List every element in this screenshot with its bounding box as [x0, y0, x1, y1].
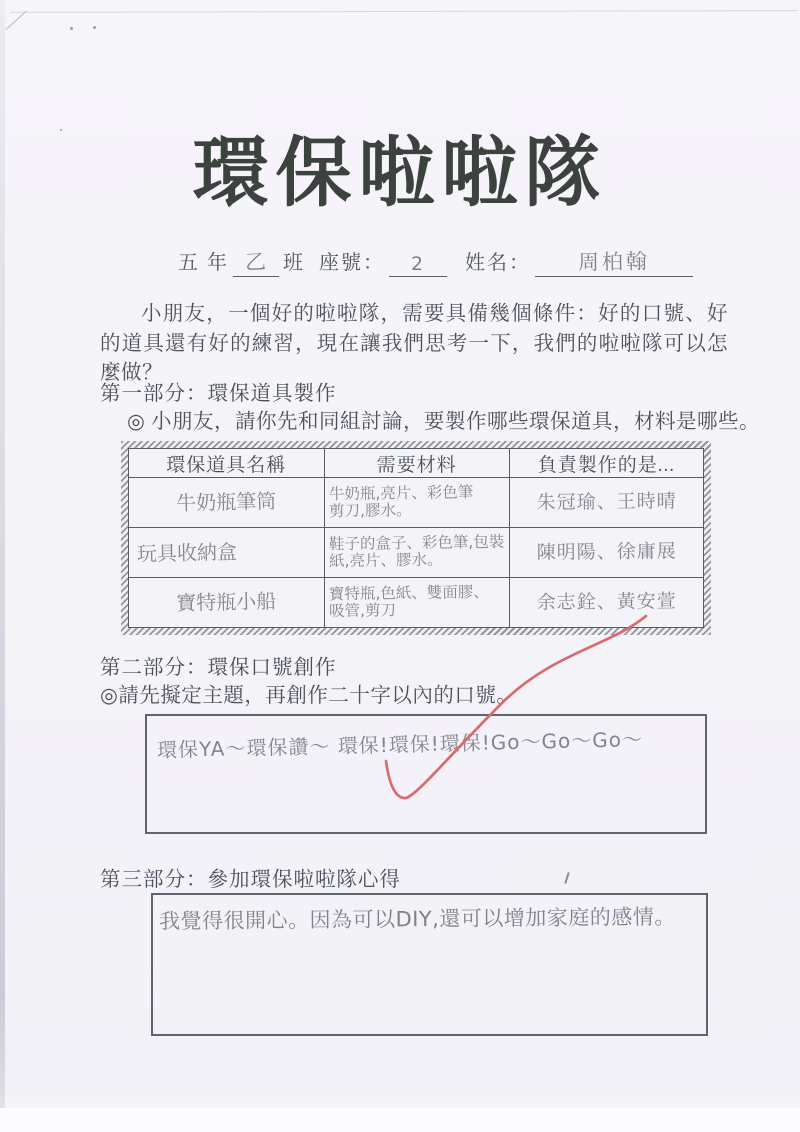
scan-speck	[93, 26, 96, 29]
seat-label: 座號：	[319, 246, 385, 277]
scan-speck	[70, 27, 73, 30]
seat-blank: 2	[389, 253, 447, 277]
row1-makers: 朱冠瑜、王時晴	[514, 491, 700, 514]
row3-prop-name: 寶特瓶小船	[133, 589, 320, 615]
seat-handwritten-value: 2	[411, 253, 425, 275]
section2-instruction: ◎請先擬定主題，再創作二十字以內的口號。	[100, 678, 517, 708]
name-blank: 周柏翰	[535, 246, 693, 277]
class-handwritten-value: 乙	[244, 245, 269, 276]
table-row: 玩具收納盒 鞋子的盒子、彩色筆,包裝 紙,亮片、膠水。 陳明陽、徐庸展	[129, 528, 704, 578]
row1-prop-name: 牛奶瓶筆筒	[133, 489, 320, 515]
props-table: 環保道具名稱 需要材料 負責製作的是... 牛奶瓶筆筒 牛奶瓶,亮片、彩色筆 剪…	[128, 448, 704, 628]
header-makers: 負責製作的是...	[509, 449, 703, 478]
row2-prop-name: 玩具收納盒	[133, 539, 320, 565]
row2-makers: 陳明陽、徐庸展	[514, 541, 700, 564]
name-label: 姓名：	[465, 246, 531, 277]
row1-materials: 牛奶瓶,亮片、彩色筆 剪刀,膠水。	[328, 484, 505, 521]
row3-makers: 余志銓、黃安萱	[514, 591, 700, 614]
section1-instruction: ◎ 小朋友，請你先和同組討論，要製作哪些環保道具，材料是哪些。	[127, 404, 760, 434]
table-row: 牛奶瓶筆筒 牛奶瓶,亮片、彩色筆 剪刀,膠水。 朱冠瑜、王時晴	[129, 478, 704, 528]
scan-bottom-band	[0, 1108, 800, 1132]
grade-label: 五 年	[178, 246, 229, 277]
page-title: 環保啦啦隊	[0, 112, 800, 221]
header-prop-name: 環保道具名稱	[129, 449, 325, 478]
section3-heading: 第三部分：參加環保啦啦隊心得	[100, 862, 401, 892]
header-materials: 需要材料	[324, 449, 509, 478]
pencil-mark	[564, 872, 570, 884]
student-info-line: 五 年 乙 班 座號： 2 姓名： 周柏翰	[178, 246, 697, 277]
slogan-answer-box: 環保YA～環保讚～ 環保!環保!環保!Go～Go～Go～	[145, 714, 707, 834]
page-top-edge	[10, 10, 798, 13]
slogan-handwritten-answer: 環保YA～環保讚～ 環保!環保!環保!Go～Go～Go～	[157, 722, 698, 763]
class-blank: 乙	[233, 246, 279, 277]
reflection-handwritten-answer: 我覺得很開心。因為可以DIY,還可以增加家庭的感情。	[159, 901, 704, 936]
reflection-answer-box: 我覺得很開心。因為可以DIY,還可以增加家庭的感情。	[151, 893, 708, 1036]
table-header-row: 環保道具名稱 需要材料 負責製作的是...	[129, 449, 704, 478]
section1-heading: 第一部分：環保道具製作	[100, 376, 337, 406]
page-corner-edge	[5, 11, 26, 30]
scanned-worksheet-page: 環保啦啦隊 五 年 乙 班 座號： 2 姓名： 周柏翰 小朋友，一個好的啦啦隊，…	[0, 0, 800, 1132]
section2-heading: 第二部分：環保口號創作	[100, 650, 337, 680]
table-row: 寶特瓶小船 寶特瓶,色紙、雙面膠、 吸管,剪刀 余志銓、黃安萱	[129, 578, 704, 628]
name-handwritten-value: 周柏翰	[578, 245, 651, 276]
row3-materials: 寶特瓶,色紙、雙面膠、 吸管,剪刀	[328, 584, 505, 621]
props-table-wrapper: 環保道具名稱 需要材料 負責製作的是... 牛奶瓶筆筒 牛奶瓶,亮片、彩色筆 剪…	[121, 441, 711, 635]
class-label: 班	[283, 246, 305, 277]
row2-materials: 鞋子的盒子、彩色筆,包裝 紙,亮片、膠水。	[328, 534, 505, 571]
